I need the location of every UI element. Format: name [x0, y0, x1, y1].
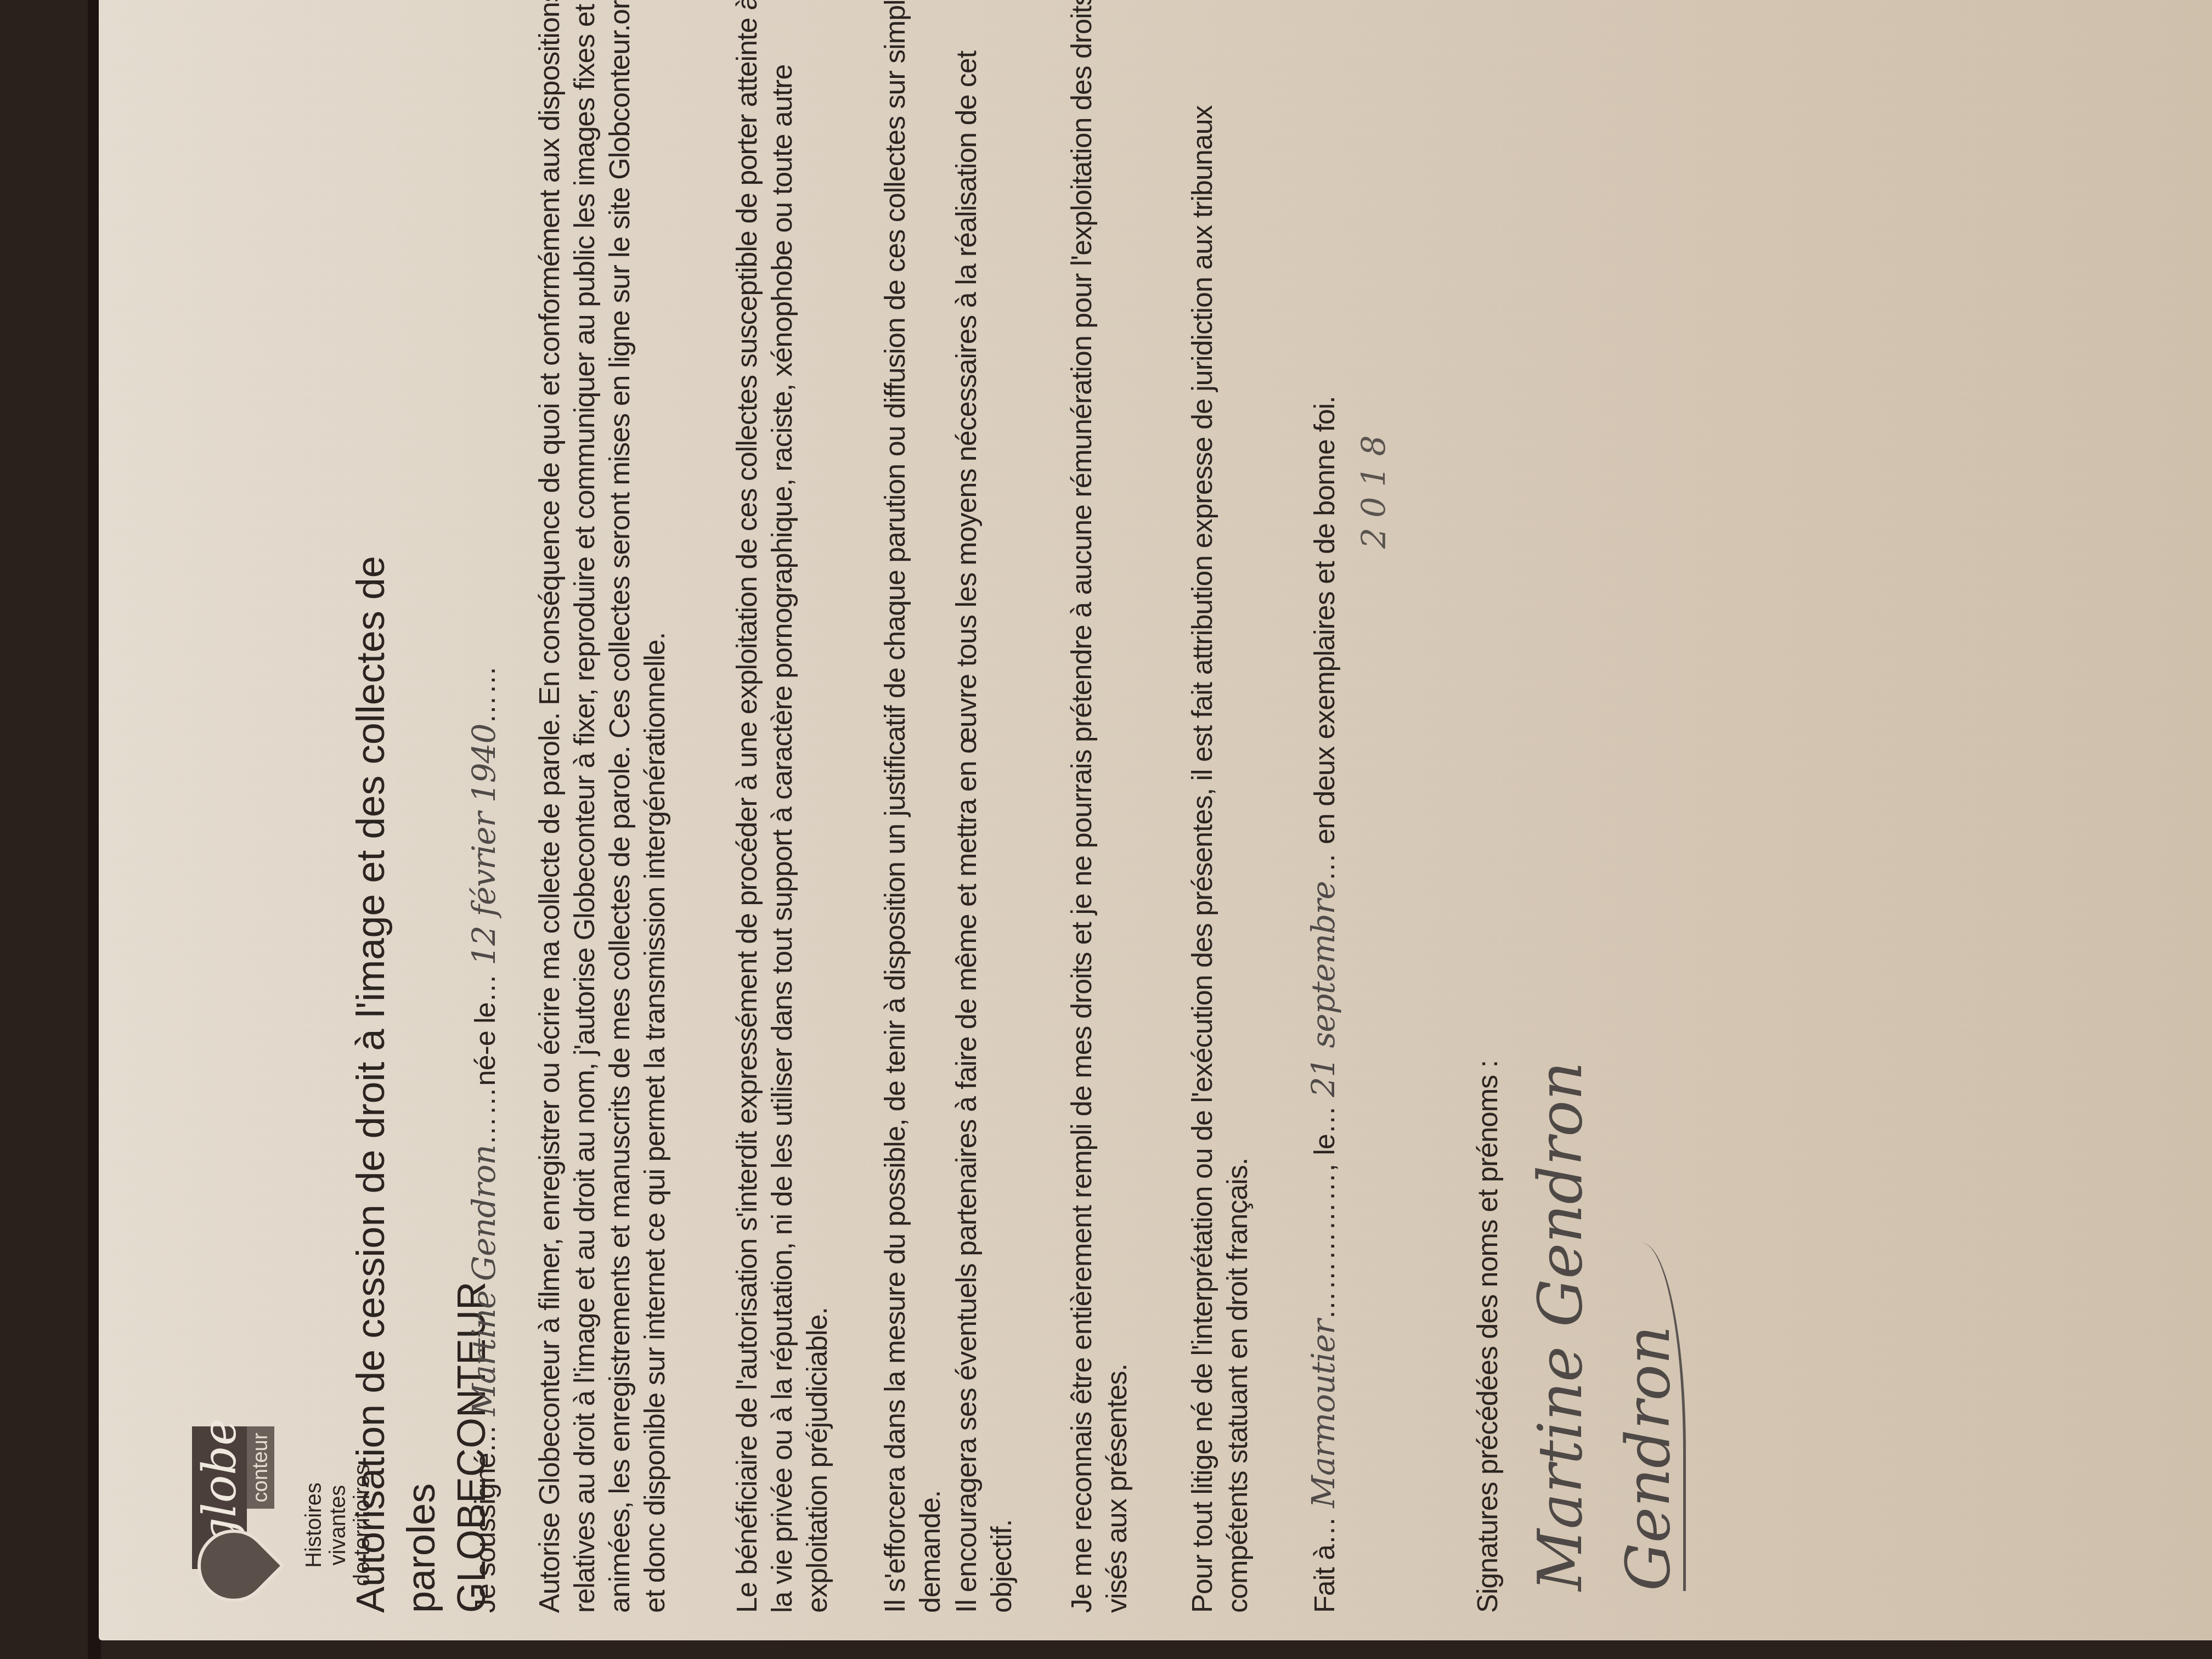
born-label: né-e le: [470, 1002, 501, 1086]
logo-brand-sub: conteur: [247, 1426, 274, 1509]
handwritten-name: Martine Gendron: [465, 1145, 503, 1416]
tagline-line-1: Histoires vivantes: [302, 1446, 350, 1605]
paragraph-remuneration: Je me reconnais être entièrement rempli …: [1064, 0, 1135, 1613]
declaration-line: Je soussigné… Martine Gendron……né-e le… …: [466, 0, 503, 1613]
signed-at-line: Fait à… Marmoutier……………, le… 21 septembr…: [1306, 0, 1342, 1613]
signature-full-name: Martine Gendron: [1525, 1062, 1595, 1591]
title-line-1: Autorisation de cession de droit à l'ima…: [346, 516, 447, 1613]
declaration-prefix: Je soussigné: [470, 1453, 501, 1613]
paragraph-authorization: Autorise Globeconteur à filmer, enregist…: [532, 0, 673, 1613]
handwritten-date: 21 septembre: [1305, 882, 1342, 1097]
signature: Gendron: [1613, 1243, 1686, 1591]
signed-at-prefix: Fait à: [1309, 1545, 1341, 1613]
document-page: globe conteur Histoires vivantes de terr…: [208, 11, 2212, 1646]
signatures-label: Signatures précédées des noms et prénoms…: [1470, 0, 1505, 1613]
handwritten-place: Marmoutier: [1305, 1320, 1342, 1508]
handwritten-year: 2018: [1355, 425, 1393, 549]
paragraph-partners: Il encouragera ses éventuels partenaires…: [949, 0, 1019, 1613]
paragraph-proof: Il s'efforcera dans la mesure du possibl…: [878, 0, 948, 1613]
signed-at-suffix: en deux exemplaires et de bonne foi.: [1309, 396, 1341, 844]
date-label: le: [1309, 1134, 1341, 1155]
paragraph-jurisdiction: Pour tout litige né de l'interprétation …: [1185, 0, 1255, 1613]
paragraph-restrictions: Le bénéficiaire de l'autorisation s'inte…: [730, 0, 835, 1613]
globeconteur-logo: globe conteur: [192, 1443, 285, 1607]
handwritten-birth-date: 12 février 1940: [465, 724, 503, 966]
